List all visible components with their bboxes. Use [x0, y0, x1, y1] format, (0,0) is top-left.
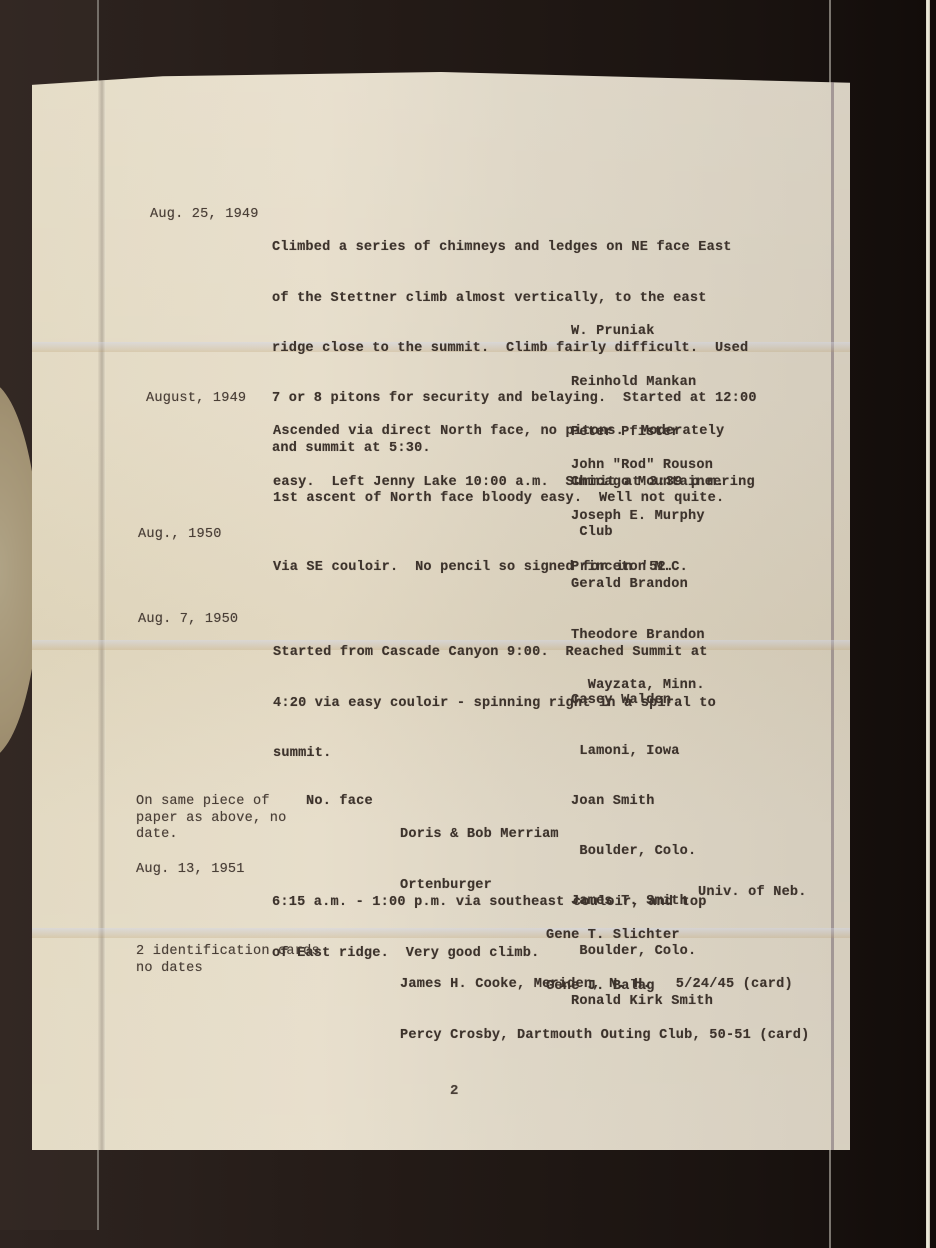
entry-date: On same piece of paper as above, no date…: [136, 794, 286, 844]
entry-route: No. face: [306, 794, 373, 811]
entry-date: August, 1949: [146, 391, 246, 408]
signature: Joan Smith: [571, 794, 713, 811]
entry-signatures: James H. Cooke, Meriden, N. H. 5/24/45 (…: [400, 944, 810, 1061]
signature: Percy Crosby, Dartmouth Outing Club, 50-…: [400, 1028, 810, 1045]
entry-date: Aug. 13, 1951: [136, 862, 245, 879]
signature: Reinhold Mankan: [571, 375, 755, 392]
signature: W. Pruniak: [571, 324, 755, 341]
entry-affiliation: Univ. of Neb.: [698, 885, 807, 902]
signature: Boulder, Colo.: [571, 844, 713, 861]
page-number: 2: [450, 1083, 459, 1100]
entry-date: Aug. 7, 1950: [138, 612, 238, 629]
signature: Gerald Brandon: [571, 577, 705, 594]
signature: James H. Cooke, Meriden, N. H. 5/24/45 (…: [400, 977, 810, 994]
entry-line: Climbed a series of chimneys and ledges …: [272, 240, 757, 257]
signature: Gene T. Slichter: [546, 928, 680, 945]
signature: Casey Walden: [571, 693, 713, 710]
signature: Joseph E. Murphy: [571, 509, 705, 526]
frame-edge-highlight: [926, 0, 930, 1248]
signature: Lamoni, Iowa: [571, 744, 713, 761]
entry-date: 2 identification cards no dates: [136, 944, 320, 977]
paper-fold-right: [831, 72, 834, 1150]
entry-date: Aug. 25, 1949: [150, 207, 259, 224]
paper-fold-left: [98, 72, 106, 1150]
entry-date: Aug., 1950: [138, 527, 222, 544]
signature: Doris & Bob Merriam: [400, 827, 559, 844]
